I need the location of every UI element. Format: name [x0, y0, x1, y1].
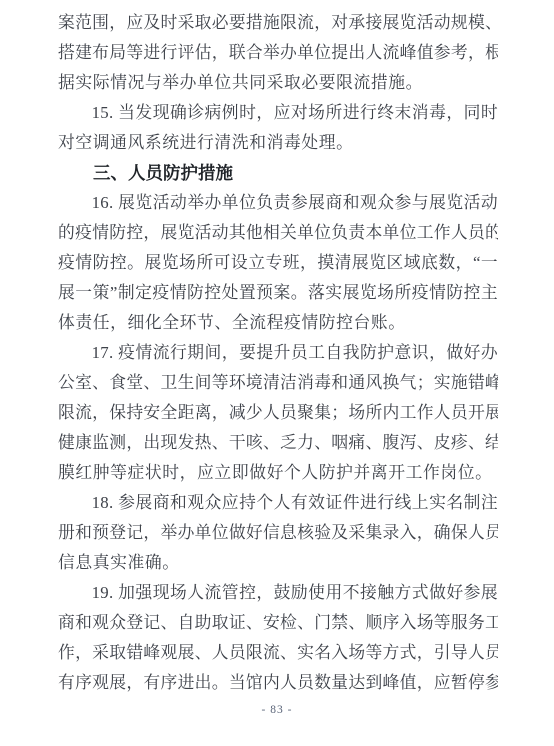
text-line: 有序观展，有序进出。当馆内人员数量达到峰值，应暂停参 [58, 668, 498, 698]
text-line: 作，采取错峰观展、人员限流、实名入场等方式，引导人员 [58, 638, 498, 668]
paragraph-16: 16. 展览活动举办单位负责参展商和观众参与展览活动 的疫情防控，展览活动其他相… [58, 188, 498, 338]
paragraph-17: 17. 疫情流行期间，要提升员工自我防护意识，做好办 公室、食堂、卫生间等环境清… [58, 338, 498, 488]
text-line: 案范围，应及时采取必要措施限流，对承接展览活动规模、 [58, 8, 498, 38]
document-page: 案范围，应及时采取必要措施限流，对承接展览活动规模、 搭建布局等进行评估，联合举… [0, 0, 554, 746]
text-line: 16. 展览活动举办单位负责参展商和观众参与展览活动 [58, 188, 498, 218]
text-line: 搭建布局等进行评估，联合举办单位提出人流峰值参考，根 [58, 38, 498, 68]
text-line: 的疫情防控，展览活动其他相关单位负责本单位工作人员的 [58, 218, 498, 248]
text-line: 信息真实准确。 [58, 548, 498, 578]
text-line: 17. 疫情流行期间，要提升员工自我防护意识，做好办 [58, 338, 498, 368]
text-line: 15. 当发现确诊病例时，应对场所进行终末消毒，同时 [58, 98, 498, 128]
text-line: 限流，保持安全距离，减少人员聚集；场所内工作人员开展 [58, 398, 498, 428]
text-line: 健康监测，出现发热、干咳、乏力、咽痛、腹泻、皮疹、结 [58, 428, 498, 458]
document-body: 案范围，应及时采取必要措施限流，对承接展览活动规模、 搭建布局等进行评估，联合举… [58, 8, 498, 698]
section-heading: 三、人员防护措施 [58, 158, 498, 188]
text-line: 展一策”制定疫情防控处置预案。落实展览场所疫情防控主 [58, 278, 498, 308]
text-line: 疫情防控。展览场所可设立专班，摸清展览区域底数，“一 [58, 248, 498, 278]
text-line: 据实际情况与举办单位共同采取必要限流措施。 [58, 68, 498, 98]
paragraph-continuation: 案范围，应及时采取必要措施限流，对承接展览活动规模、 搭建布局等进行评估，联合举… [58, 8, 498, 98]
paragraph-19: 19. 加强现场人流管控，鼓励使用不接触方式做好参展 商和观众登记、自助取证、安… [58, 578, 498, 698]
paragraph-15: 15. 当发现确诊病例时，应对场所进行终末消毒，同时 对空调通风系统进行清洗和消… [58, 98, 498, 158]
text-line: 19. 加强现场人流管控，鼓励使用不接触方式做好参展 [58, 578, 498, 608]
text-line: 公室、食堂、卫生间等环境清洁消毒和通风换气；实施错峰 [58, 368, 498, 398]
text-line: 体责任，细化全环节、全流程疫情防控台账。 [58, 308, 498, 338]
page-number: - 83 - [0, 704, 554, 716]
text-line: 册和预登记，举办单位做好信息核验及采集录入，确保人员 [58, 518, 498, 548]
paragraph-18: 18. 参展商和观众应持个人有效证件进行线上实名制注 册和预登记，举办单位做好信… [58, 488, 498, 578]
text-line: 18. 参展商和观众应持个人有效证件进行线上实名制注 [58, 488, 498, 518]
text-line: 商和观众登记、自助取证、安检、门禁、顺序入场等服务工 [58, 608, 498, 638]
text-line: 对空调通风系统进行清洗和消毒处理。 [58, 128, 498, 158]
text-line: 膜红肿等症状时，应立即做好个人防护并离开工作岗位。 [58, 458, 498, 488]
